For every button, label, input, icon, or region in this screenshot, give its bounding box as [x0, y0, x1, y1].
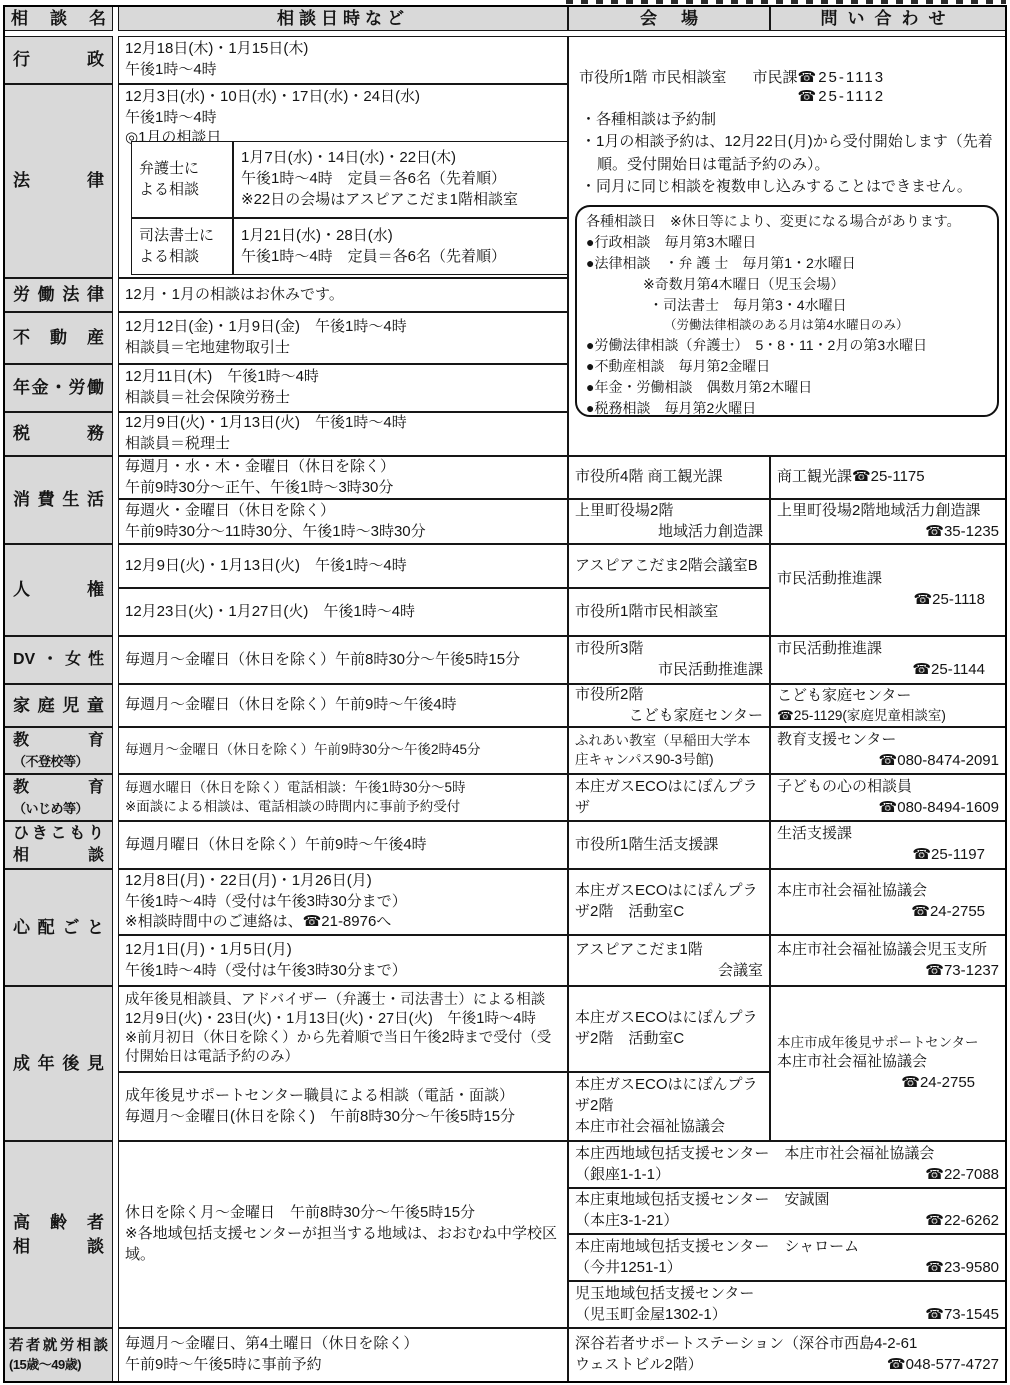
notice-merged-cell: 市役所1階 市民相談室 市民課 ☎25-1113 ☎25-1112 ・各種相談は… — [568, 36, 1006, 456]
phone-number: ☎25-1113 — [798, 69, 886, 88]
shinpai-a-datetime: 12月8日(月)・22日(月)・1月26日(月)午後1時〜4時（受付は午後3時3… — [118, 869, 568, 935]
nenkin-datetime: 12月11日(木) 午後1時〜4時相談員＝社会保険労務士 — [118, 364, 568, 412]
row-shohi-label: 消費生活 — [4, 456, 113, 544]
row-shinpai-label: 心配ごと — [4, 869, 113, 986]
dv-contact: 市民活動推進課☎25-1144 — [770, 636, 1006, 684]
row-katei-label: 家庭児童 — [4, 684, 113, 727]
seinen-contact: 本庄市成年後見サポートセンター本庄市社会福祉協議会☎24-2755 — [770, 986, 1006, 1141]
shinpai-b-datetime: 12月1日(月)・1月5日(月)午後1時〜4時（受付は午後3時30分まで） — [118, 935, 568, 986]
phone-number: ☎22-7088 — [925, 1165, 999, 1186]
header-consultation-name: 相談名 — [4, 6, 113, 31]
phone-number: ☎048-577-4727 — [887, 1355, 999, 1376]
consultation-days-box: 各種相談日 ※休日等により、変更になる場合があります。 ●行政相談 毎月第3木曜… — [575, 205, 999, 417]
row-horitsu-label: 法律 — [4, 84, 113, 278]
dv-datetime: 毎週月〜金曜日（休日を除く）午前8時30分〜午後5時15分 — [118, 636, 568, 684]
row-fudosan-label: 不動産 — [4, 312, 113, 364]
phone-number: ☎23-9580 — [925, 1258, 999, 1279]
kyoiku-futoko-venue: ふれあい教室（早稲田大学本庄キャンパス90-3号館) — [568, 727, 770, 774]
hikikomori-datetime: 毎週月曜日（休日を除く）午前9時〜午後4時 — [118, 821, 568, 869]
kyoiku-ijime-datetime: 毎週水曜日（休日を除く）電話相談：午後1時30分〜5時※面談による相談は、電話相… — [118, 774, 568, 821]
hikikomori-contact: 生活支援課☎25-1197 — [770, 821, 1006, 869]
shihoshoshi-schedule: 1月21日(水)・28日(水)午後1時〜4時 定員＝各6名（先着順） — [233, 218, 568, 275]
notice-bullets: ・各種相談は予約制 ・1月の相談予約は、12月22日(月)から受付開始します（先… — [581, 109, 999, 199]
shihoshoshi-label: 司法書士による相談 — [131, 218, 233, 275]
katei-venue: 市役所2階こども家庭センター — [568, 684, 770, 727]
korei-center-west: 本庄西地域包括支援センター 本庄市社会福祉協議会（銀座1-1-1）☎22-708… — [568, 1141, 1006, 1188]
katei-datetime: 毎週月〜金曜日（休日を除く）午前9時〜午後4時 — [118, 684, 568, 727]
jinken-a-datetime: 12月9日(火)・1月13日(火) 午後1時〜4時 — [118, 544, 568, 588]
shinpai-a-venue: 本庄ガスECOはにぽんプラザ2階 活動室C — [568, 869, 770, 935]
shinpai-b-contact: 本庄市社会福祉協議会児玉支所☎73-1237 — [770, 935, 1006, 986]
bengoshi-schedule: 1月7日(水)・14日(水)・22日(木)午後1時〜4時 定員＝各6名（先着順）… — [233, 141, 568, 218]
consultation-schedule-page: 相談名 相談日時など 会場 問い合わせ 行政 法律 労働法律 不動産 年金・労働… — [0, 0, 1010, 1385]
kyoiku-futoko-contact: 教育支援センター☎080-8474-2091 — [770, 727, 1006, 774]
jinken-a-venue: アスピアこだま2階会議室B — [568, 544, 770, 588]
korei-center-kodama: 児玉地域包括支援センター（児玉町金屋1302-1）☎73-1545 — [568, 1281, 1006, 1328]
korei-datetime: 休日を除く月〜金曜日 午前8時30分〜午後5時15分※各地域包括支援センターが担… — [118, 1141, 568, 1328]
phone-number: ☎22-6262 — [925, 1211, 999, 1232]
wakamono-datetime: 毎週月〜金曜日、第4土曜日（休日を除く）午前9時〜午後5時に事前予約 — [118, 1328, 568, 1382]
shohi-a-datetime: 毎週月・水・木・金曜日（休日を除く）午前9時30分〜正午、午後1時〜3時30分 — [118, 456, 568, 499]
seinen-b-datetime: 成年後見サポートセンター職員による相談（電話・面談）毎週月〜金曜日(休日を除く)… — [118, 1072, 568, 1141]
jinken-contact: 市民活動推進課☎25-1118 — [770, 544, 1006, 636]
kyoiku-ijime-venue: 本庄ガスECOはにぽんプラザ — [568, 774, 770, 821]
shinpai-a-contact: 本庄市社会福祉協議会☎24-2755 — [770, 869, 1006, 935]
korei-center-east: 本庄東地域包括支援センター 安誠園（本庄3-1-21）☎22-6262 — [568, 1188, 1006, 1234]
shohi-b-contact: 上里町役場2階地域活力創造課☎35-1235 — [770, 499, 1006, 544]
katei-contact: こども家庭センター☎25-1129(家庭児童相談室) — [770, 684, 1006, 727]
shinpai-b-venue: アスピアこだま1階会議室 — [568, 935, 770, 986]
row-gyosei-label: 行政 — [4, 36, 113, 84]
hikikomori-venue: 市役所1階生活支援課 — [568, 821, 770, 869]
jinken-b-datetime: 12月23日(火)・1月27日(火) 午後1時〜4時 — [118, 588, 568, 636]
dv-venue: 市役所3階市民活動推進課 — [568, 636, 770, 684]
horitsu-subtable: 弁護士による相談 1月7日(水)・14日(水)・22日(木)午後1時〜4時 定員… — [131, 141, 568, 275]
row-seinen-label: 成年後見 — [4, 986, 113, 1141]
seinen-a-datetime: 成年後見相談員、アドバイザー（弁護士・司法書士）による相談12月9日(火)・23… — [118, 986, 568, 1072]
kyoiku-futoko-datetime: 毎週月〜金曜日（休日を除く）午前9時30分〜午後2時45分 — [118, 727, 568, 774]
header-contact: 問い合わせ — [770, 6, 1006, 31]
row-zeimu-label: 税務 — [4, 412, 113, 456]
row-kyoiku-ijime-label: 教育（いじめ等） — [4, 774, 113, 821]
phone-number: ☎73-1545 — [925, 1305, 999, 1326]
korei-center-south: 本庄南地域包括支援センター シャローム（今井1251-1）☎23-9580 — [568, 1234, 1006, 1281]
kyoiku-ijime-contact: 子どもの心の相談員☎080-8494-1609 — [770, 774, 1006, 821]
notice-venue-line: 市役所1階 市民相談室 市民課 ☎25-1113 ☎25-1112 — [579, 69, 999, 107]
clipped-print-edge — [566, 0, 1006, 4]
notice-dept: 市民課 — [753, 69, 798, 88]
row-nenkin-label: 年金・労働 — [4, 364, 113, 412]
row-jinken-label: 人権 — [4, 544, 113, 636]
row-hikikomori-label: ひきこもり相談 — [4, 821, 113, 869]
seinen-b-venue: 本庄ガスECOはにぽんプラザ2階本庄市社会福祉協議会 — [568, 1072, 770, 1141]
row-dv-label: DV・女性 — [4, 636, 113, 684]
shohi-a-contact: 商工観光課☎25-1175 — [770, 456, 1006, 499]
header-venue: 会場 — [568, 6, 770, 31]
row-wakamono-label: 若者就労相談(15歳〜49歳) — [4, 1328, 113, 1382]
shohi-a-venue: 市役所4階 商工観光課 — [568, 456, 770, 499]
notice-venue: 市役所1階 市民相談室 — [579, 69, 727, 88]
rodoho-datetime: 12月・1月の相談はお休みです。 — [118, 278, 568, 312]
header-datetime: 相談日時など — [118, 6, 568, 31]
shohi-b-venue: 上里町役場2階地域活力創造課 — [568, 499, 770, 544]
row-rodoho-label: 労働法律 — [4, 278, 113, 312]
seinen-a-venue: 本庄ガスECOはにぽんプラザ2階 活動室C — [568, 986, 770, 1072]
bengoshi-label: 弁護士による相談 — [131, 141, 233, 218]
jinken-b-venue: 市役所1階市民相談室 — [568, 588, 770, 636]
fudosan-datetime: 12月12日(金)・1月9日(金) 午後1時〜4時相談員＝宅地建物取引士 — [118, 312, 568, 364]
phone-number: ☎25-1112 — [798, 88, 886, 107]
box-title: 各種相談日 ※休日等により、変更になる場合があります。 — [586, 211, 988, 232]
wakamono-venue-contact: 深谷若者サポートステーション（深谷市西島4-2-61ウェストビル2階）☎048-… — [568, 1328, 1006, 1382]
gyosei-datetime: 12月18日(木)・1月15日(木)午後1時〜4時 — [118, 36, 568, 84]
row-korei-label: 高齢者相談 — [4, 1141, 113, 1328]
notice-phones: ☎25-1113 ☎25-1112 — [798, 69, 886, 107]
horitsu-datetime: 12月3日(水)・10日(水)・17日(水)・24日(水) 午後1時〜4時 ◎1… — [118, 84, 568, 278]
row-kyoiku-futoko-label: 教育（不登校等） — [4, 727, 113, 774]
shohi-b-datetime: 毎週火・金曜日（休日を除く）午前9時30分〜11時30分、午後1時〜3時30分 — [118, 499, 568, 544]
zeimu-datetime: 12月9日(火)・1月13日(火) 午後1時〜4時相談員＝税理士 — [118, 412, 568, 456]
